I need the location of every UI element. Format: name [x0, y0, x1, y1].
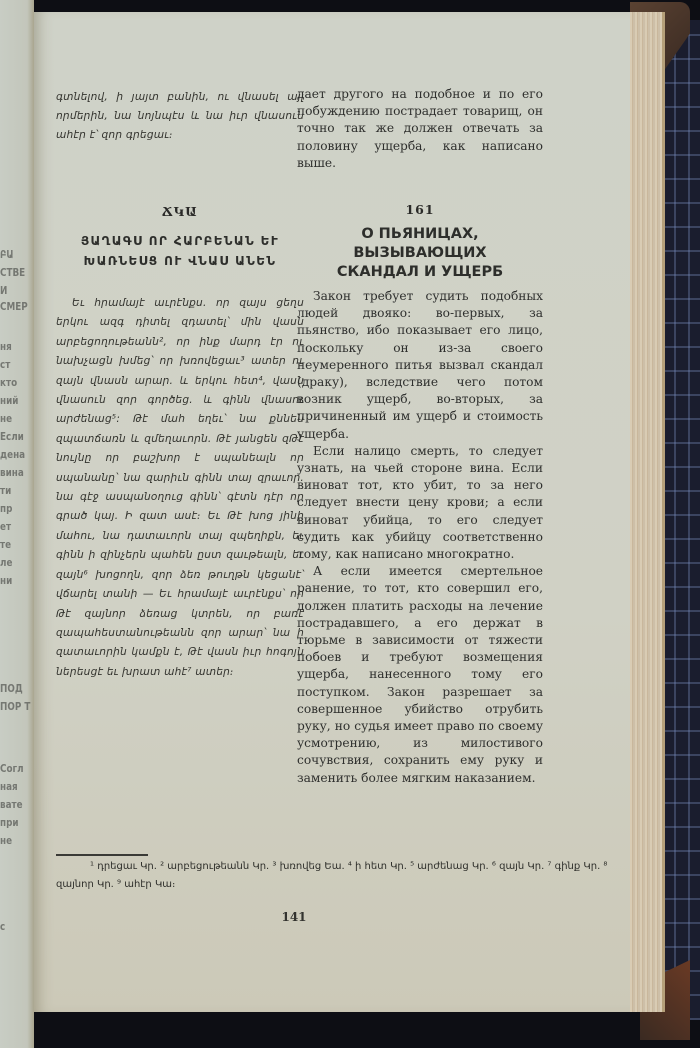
armenian-section-header: ՃԿԱ ՅԱՂԱԳՍ ՈՐ ՀԱՐԲԵՆԱՆ ԵՒ ԽԱՌՆԵՍՑ ՈՒ ՎՆԱ… — [56, 204, 304, 271]
russian-continuation-text: дает другого на подобное и по его побужд… — [297, 86, 543, 172]
prev-page-fragment: СТВЕ — [0, 266, 25, 279]
previous-page-edge: ԲԱ СТВЕ И СМЕР ня ст кто ний не Если ден… — [0, 0, 34, 1048]
prev-page-fragment: те — [0, 538, 11, 551]
armenian-paragraph: Եւ հրամայէ աւրէնքս. որ զայս ցեղս երկու ա… — [56, 294, 304, 682]
prev-page-fragment: пр — [0, 502, 12, 515]
armenian-section-title-line1: ՅԱՂԱԳՍ ՈՐ ՀԱՐԲԵՆԱՆ ԵՒ — [56, 231, 304, 251]
russian-paragraph: А если имеется смертельное ранение, то т… — [297, 563, 543, 787]
armenian-section-number: ՃԿԱ — [56, 204, 304, 219]
prev-page-fragment: не — [0, 834, 12, 847]
russian-paragraph: Закон требует судить подобных людей двоя… — [297, 288, 543, 443]
prev-page-fragment: кто — [0, 376, 17, 389]
prev-page-fragment: ПОД — [0, 682, 23, 695]
russian-section-title-line1: О ПЬЯНИЦАХ, ВЫЗЫВАЮЩИХ — [297, 225, 543, 263]
prev-page-fragment: с — [0, 920, 5, 933]
prev-page-fragment: не — [0, 412, 12, 425]
prev-page-fragment: ти — [0, 484, 11, 497]
russian-body: Закон требует судить подобных людей двоя… — [297, 288, 543, 787]
russian-paragraph: Если налицо смерть, то следует узнать, н… — [297, 443, 543, 563]
page-number: 141 — [34, 910, 554, 924]
prev-page-fragment: ԲԱ — [0, 248, 14, 261]
prev-page-fragment: ле — [0, 556, 12, 569]
prev-page-fragment: вате — [0, 798, 23, 811]
armenian-body: Եւ հրամայէ աւրէնքս. որ զայս ցեղս երկու ա… — [56, 294, 304, 682]
prev-page-fragment: ПОР Т — [0, 700, 30, 713]
prev-page-fragment: ст — [0, 358, 10, 371]
prev-page-fragment: Если — [0, 430, 24, 443]
prev-page-fragment: ня — [0, 340, 12, 353]
prev-page-fragment: И — [0, 284, 7, 297]
page-block-edge — [628, 12, 665, 1012]
footnotes: ¹ դրեցաւ Կր. ² արբեցութեանն Կր. ³ խռովեց… — [56, 858, 616, 894]
russian-section-title-line2: СКАНДАЛ И УЩЕРБ — [297, 263, 543, 282]
prev-page-fragment: ний — [0, 394, 18, 407]
prev-page-fragment: ная — [0, 780, 18, 793]
armenian-continuation: գտնելով, ի յայտ բանին, ու վնասել այլ որմ… — [56, 88, 304, 145]
prev-page-fragment: вина — [0, 466, 24, 479]
prev-page-fragment: ни — [0, 574, 12, 587]
prev-page-fragment: дена — [0, 448, 25, 461]
russian-continuation: дает другого на подобное и по его побужд… — [297, 86, 543, 172]
prev-page-fragment: при — [0, 816, 19, 829]
prev-page-fragment: Согл — [0, 762, 24, 775]
russian-section-number: 161 — [297, 202, 543, 217]
book-cover-cloth — [660, 20, 700, 1020]
prev-page-fragment: СМЕР — [0, 300, 28, 313]
footnote-rule — [56, 854, 148, 856]
armenian-section-title-line2: ԽԱՌՆԵՍՑ ՈՒ ՎՆԱՍ ԱՆԵՆ — [56, 251, 304, 271]
prev-page-fragment: ет — [0, 520, 11, 533]
book-page: գտնելով, ի յայտ բանին, ու վնասել այլ որմ… — [34, 12, 630, 1012]
russian-section-header: 161 О ПЬЯНИЦАХ, ВЫЗЫВАЮЩИХ СКАНДАЛ И УЩЕ… — [297, 202, 543, 282]
armenian-continuation-text: գտնելով, ի յայտ բանին, ու վնասել այլ որմ… — [56, 88, 304, 145]
